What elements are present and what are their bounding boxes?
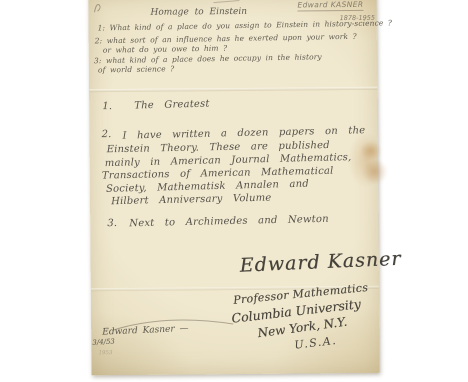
letter-paper: Edward KASNER 1878-1955 Homage to Einste… [88,0,379,375]
answer-1-number: 1. [102,101,112,112]
footer-date: 3/4/53 [92,337,115,346]
signature-country: U.S.A. [294,334,338,352]
signature-name: Edward Kasner [239,248,402,277]
question-line-3b: of world science ? [98,64,174,74]
footer-faint-mark: 1953 [98,350,112,356]
pencil-squiggle-icon [91,0,105,15]
answer-2-line: Hilbert Anniversary Volume [111,193,272,208]
document-title: Homage to Einstein [150,7,247,18]
answer-2-line: Society, Mathematisk Annalen and [106,179,309,195]
archival-note-name: Edward KASNER [297,0,363,11]
stain-mark [360,141,382,161]
answer-1-text: The Greatest [134,99,210,112]
pencil-dash-mark [213,0,239,3]
answer-3-number: 3. [107,218,117,229]
question-line-2b: or what do you owe to him ? [103,44,228,55]
fold-crease-top [89,87,377,93]
answer-2-number: 2. [102,129,112,140]
answer-3-text: Next to Archimedes and Newton [129,214,329,230]
question-line-1: 1: What kind of a place do you assign to… [98,18,393,32]
stain-mark [362,159,388,185]
